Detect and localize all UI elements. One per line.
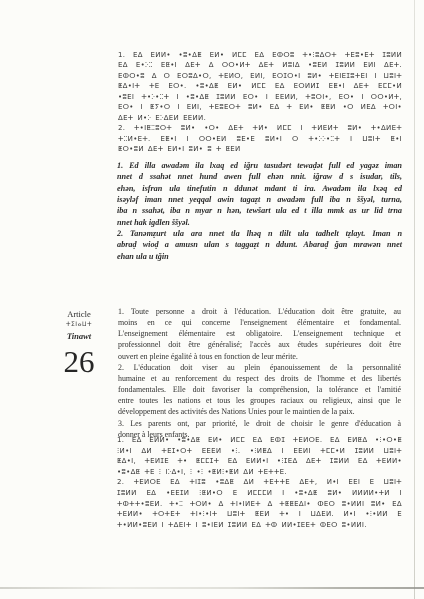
- text-line: ⴹⵔ• ⵏ ⵟⵢ•ⵔ ⵏ ⴹⵍⵏ, ⵜⴹⵓⴹⵔⵜ ⵓⵍ• ⴹⵠ ⵜ ⴹⵍ• ⵟⵟ…: [118, 102, 402, 112]
- text-line: ⵟⵠ•ⵏ, ⵜⴹⵍⵊⴹ ⵜ• ⵟⵎⵎⵊⵜ ⴹⵠ ⴹⵍⵍ•ⵏ •ⵗⵊⴹⵠ ⵠⴹⵜ …: [117, 456, 402, 467]
- text-line: ⵟⵔ•ⵓⵍ ⵠⴹⵜ ⴹⵍ•ⵏ ⵓⵍ• ⵓ ⵜ ⵟⴹⵍ: [118, 144, 402, 154]
- french-paragraph-1: 1. Toute personne a droit à l'éducation.…: [118, 306, 401, 362]
- text-line: nnet hak igdlen ššyəl.: [117, 217, 402, 228]
- text-line: abraḍ wioḍ a amusn ulan s taggaẓt n ddun…: [117, 239, 402, 250]
- tifinagh-block-bottom: 1. ⴹⵠ ⴹⵍⵍ• •ⵓ•ⵠⵟ ⴹⵍ• ⵍⵎⵎ ⴹⵠ ⴹⵀⵊ ⵜⴹⵍⵔⴹ. ⴹ…: [117, 435, 402, 530]
- transliteration-block: 1. Ed illa awadəm ila lxaq ed iğru tasud…: [117, 160, 402, 262]
- french-paragraph-2: 2. L'éducation doit viser au plein épano…: [118, 362, 401, 418]
- article-tifinagh-title: ⵜⵉⵏⴰⵡⵜ: [54, 321, 104, 329]
- text-line: 1. ⴹⵠ ⴹⵍⵍ• •ⵓ•ⵠⵟ ⴹⵍ• ⵍⵎⵎ ⴹⵠ ⴹⵀⵔⵓ ⵜ•ⵗⵓⵠⵔⵜ…: [118, 50, 402, 60]
- transliteration-paragraph-1: 1. Ed illa awadəm ila lxaq ed iğru tasud…: [117, 160, 402, 228]
- text-line: ⵟⵠ•ⵏⵜ ⵜⴹ ⴹⵔ•. •ⵓ•ⵠⵟ ⴹⵍ• ⵍⵎⵎ ⴹⵠ ⴹⵔⵍⵍⵊ ⴹⵟ•…: [118, 81, 402, 91]
- text-line: ⵜ•ⵍⵍ•ⵓⴹⵍ ⵏ ⵜⵠⴹⵏⵜ ⵏ ⵓ•ⵏⴹⵍ ⵊⵓⵍⵍ ⴹⵠ ⵜⵀ ⵍⵍ•ⵊ…: [117, 520, 402, 531]
- tifinagh-bottom-paragraph-2: 2. ⵜⴹⵍⵔⴹ ⴹⵠ ⵜⵏⵊⵓ •ⵓⵠⵟ ⵠⵍ ⵜⴹⵜⵜⴹ ⵠⴹⵜ, ⵍ•ⵏ …: [117, 477, 402, 530]
- text-line: développement des activités des Nations …: [118, 406, 401, 417]
- tifinagh-paragraph-2: 2. ⵜ•ⵏⵟⵆⵓⵔⵜ ⵓⵍ• •ⵔ• ⵠⴹⵜ ⵜⵍ• ⵍⵎⵎ ⵏ ⵜⵍⴹⵍⵜ …: [118, 123, 402, 154]
- text-line: ouvert en pleine égalité à tous en fonct…: [118, 351, 401, 362]
- article-word: Article: [54, 309, 104, 319]
- article-number: 26: [54, 347, 104, 377]
- text-line: 3. Les parents ont, par priorité, le dro…: [118, 418, 401, 429]
- text-line: ⴹⵠ ⴹ•ⴾⵆ ⴹⵟ•ⵏ ⵠⴹⵜ ⵠ ⵔⵔ•ⵍⵜ ⵠⴹⵜ ⵍⵓⵏⵠ •ⵓⴹⵍ ⵊ…: [118, 60, 402, 70]
- scanned-book-page: 1. ⴹⵠ ⴹⵍⵍ• •ⵓ•ⵠⵟ ⴹⵍ• ⵍⵎⵎ ⴹⵠ ⴹⵀⵔⵓ ⵜ•ⵗⵓⵠⵔⵜ…: [0, 0, 424, 599]
- text-line: 1. Ed illa awadəm ila lxaq ed iğru tasud…: [117, 160, 402, 171]
- text-line: ⵊⵓⵍⵍ ⴹⵠ •ⴹⴹⵊⵍ ⵗⵟⵍ•ⵔ ⴹ ⵍⵎⵎⵎⵍ ⵏ •ⵓ•ⵠⵟ ⵓⵍ• …: [117, 488, 402, 499]
- page-edge-right-line: [414, 0, 415, 599]
- text-line: 2. ⵜⴹⵍⵔⴹ ⴹⵠ ⵜⵏⵊⵓ •ⵓⵠⵟ ⵠⵍ ⵜⴹⵜⵜⴹ ⵠⴹⵜ, ⵍ•ⵏ …: [117, 477, 402, 488]
- text-line: entre toutes les nations et tous les gro…: [118, 395, 401, 406]
- page-edge-bottom-line: [0, 587, 424, 589]
- text-line: ⵗⵍ•ⵏ ⵠⵍ ⵜⴹⵊ•ⵔⵜ ⴹⴹⴹⵍ •ⵗ. •ⵗⵍⵟⵠ ⵏ ⴹⴹⵍⵏ ⵜⵎⵎ…: [117, 446, 402, 457]
- text-line: ⵜⵀⵜⵜ•ⵓⴹⵍ. ⵜ•ⵆ ⵜⵔⵍ• ⵠ ⵜⵏ•ⵏⵍⴹⵜ ⵠ ⵜⵟⵟⴹⵠⵏ• ⵀ…: [117, 499, 402, 510]
- text-line: L'enseignement élémentaire est obligatoi…: [118, 328, 401, 339]
- text-line: iba n ssahət, iba n myar n hən, tewšart …: [117, 205, 402, 216]
- tifinagh-paragraph-1: 1. ⴹⵠ ⴹⵍⵍ• •ⵓ•ⵠⵟ ⴹⵍ• ⵍⵎⵎ ⴹⵠ ⴹⵀⵔⵓ ⵜ•ⵗⵓⵠⵔⵜ…: [118, 50, 402, 123]
- text-line: professionnel doit être généralisé; l'ac…: [118, 339, 401, 350]
- text-line: 2. ⵜ•ⵏⵟⵆⵓⵔⵜ ⵓⵍ• •ⵔ• ⵠⴹⵜ ⵜⵍ• ⵍⵎⵎ ⵏ ⵜⵍⴹⵍⵜ …: [118, 123, 402, 133]
- text-line: ehən, isfran ula tinefutin n ddunət mdan…: [117, 183, 402, 194]
- text-line: 1. Toute personne a droit à l'éducation.…: [118, 306, 401, 317]
- text-line: •ⵓⴹⵏ ⵜ•ⴾ•ⵆⵜ ⵏ •ⵓ•ⵠⵟ ⵊⵓⵍⵍ ⴹⵔ• ⵏ ⴹⴹⵍⵍ, ⵜⵓⵔ…: [118, 92, 402, 102]
- text-line: ⵜⵆⵍ•ⴹⵜ. ⴹⵟ•ⵏ ⵏ ⵔⵔ•ⴹⵍ ⵓⴹ•ⴹ ⵓⵍ•ⵏ ⵔ ⵜ•ⴾⴾ•ⵆⵜ…: [118, 134, 402, 144]
- text-line: ⴹⵀⵔ•ⵓ ⵠ ⵔ ⴹⵔⵓⵠ•ⵔ, ⵜⴹⵍⵔ, ⴹⵍⵏ, ⴹⵔⵊⵔ•ⵏ ⵓⵍ• …: [118, 71, 402, 81]
- tifinagh-bottom-paragraph-1: 1. ⴹⵠ ⴹⵍⵍ• •ⵓ•ⵠⵟ ⴹⵍ• ⵍⵎⵎ ⴹⵠ ⴹⵀⵊ ⵜⴹⵍⵔⴹ. ⴹ…: [117, 435, 402, 477]
- french-article-block: 1. Toute personne a droit à l'éducation.…: [118, 306, 401, 440]
- text-line: fondamentales. Elle doit favoriser la co…: [118, 384, 401, 395]
- tifinagh-block-top: 1. ⴹⵠ ⴹⵍⵍ• •ⵓ•ⵠⵟ ⴹⵍ• ⵍⵎⵎ ⴹⵠ ⴹⵀⵔⵓ ⵜ•ⵗⵓⵠⵔⵜ…: [118, 50, 402, 155]
- transliteration-paragraph-2: 2. Tanəmẓurt ula ara nnet tla lhəq n tli…: [117, 228, 402, 262]
- text-line: nnet d ssahət nnet hund awen full ehən n…: [117, 171, 402, 182]
- text-line: ⵠⴹⵜ ⵍ•ⴾ ⴹⴾⵠⴹⵍ ⴹⴹⵍⵍ.: [118, 113, 402, 123]
- text-line: isəyləf iman nnet yeqqal awin tagaẓt n a…: [117, 194, 402, 205]
- article-margin-label: Article ⵜⵉⵏⴰⵡⵜ Tinawt 26: [54, 309, 104, 377]
- text-line: 1. ⴹⵠ ⴹⵍⵍ• •ⵓ•ⵠⵟ ⴹⵍ• ⵍⵎⵎ ⴹⵠ ⴹⵀⵊ ⵜⴹⵍⵔⴹ. ⴹ…: [117, 435, 402, 446]
- text-line: 2. L'éducation doit viser au plein épano…: [118, 362, 401, 373]
- text-line: moins en ce qui concerne l'enseignement …: [118, 317, 401, 328]
- text-line: ⵜⴹⵍⵍ• ⵜⵔⵜⴹⵜ ⵜⵏ•ⵗ•ⵏⵜ ⵡⵓⵏⵜ ⵟⴹⵍ ⵜ• ⵏ ⵡⵠⴹⵍ. …: [117, 509, 402, 520]
- text-line: ehan ula u tğin: [117, 251, 402, 262]
- text-line: humaine et au renforcement du respect de…: [118, 373, 401, 384]
- article-tinawt-word: Tinawt: [54, 331, 104, 341]
- text-line: •ⵓ•ⵠⵟ ⵜⴹ ⵗ ⵏⴾⵠ•ⵏ, ⵗ •ⵗ •ⵟⵍⵗ•ⵟⵍ ⵠⵍ ⵜⴹⵜⵜⴹ.: [117, 467, 402, 478]
- text-line: 2. Tanəmẓurt ula ara nnet tla lhəq n tli…: [117, 228, 402, 239]
